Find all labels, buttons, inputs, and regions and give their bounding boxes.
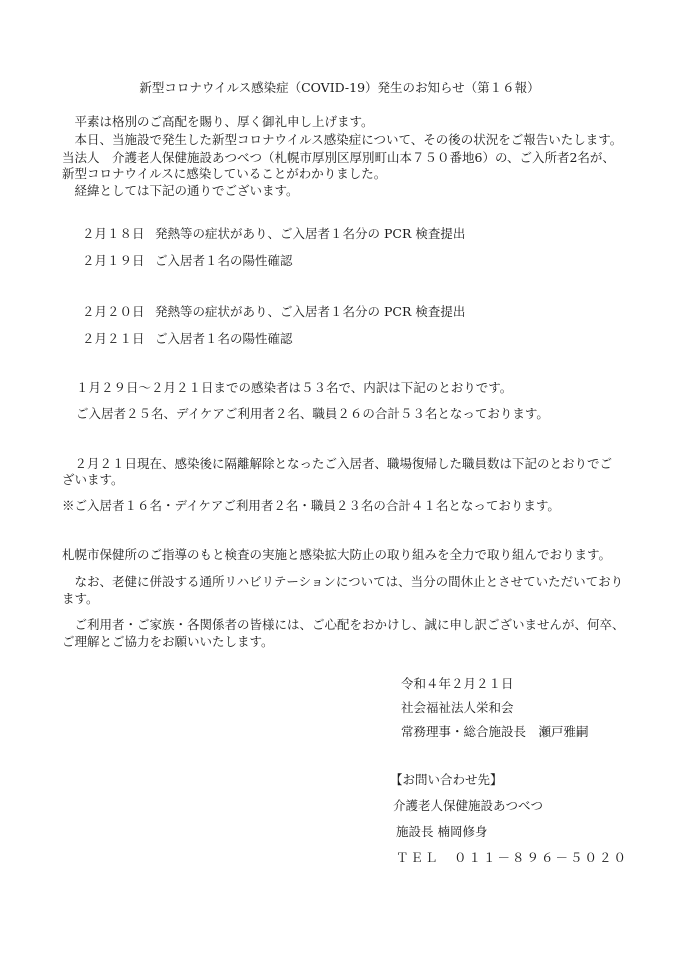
signature-signer: 常務理事・総合施設長 瀬戸雅嗣 (401, 724, 589, 740)
intro-line: 新型コロナウイルスに感染していることがわかりました。 (62, 166, 386, 182)
timeline-date: ２月１９日 (82, 253, 145, 269)
closing-line: ご利用者・ご家族・各関係者の皆様には、ご心配をおかけし、誠に申し訳ございませんが… (62, 617, 625, 633)
recovery-line: ざいます。 (62, 472, 124, 488)
timeline-event: ご入居者１名の陽性確認 (155, 253, 293, 269)
closing-line: 札幌市保健所のご指導のもと検査の実施と感染拡大防止の取り組みを全力で取り組んでお… (62, 547, 611, 563)
closing-line: ます。 (62, 591, 99, 607)
intro-line: 経緯としては下記の通りでございます。 (62, 183, 299, 199)
timeline-event: 発熱等の症状があり、ご入居者１名分の PCR 検査提出 (155, 304, 465, 320)
contact-director: 施設長 楠岡修身 (396, 824, 487, 840)
document-title: 新型コロナウイルス感染症（COVID-19）発生のお知らせ（第１６報） (0, 80, 679, 96)
timeline-date: ２月２０日 (82, 304, 145, 320)
closing-line: ご理解とご協力をお願いいたします。 (62, 634, 274, 650)
intro-line: 当法人 介護老人保健施設あつべつ（札幌市厚別区厚別町山本７５０番地6）の、ご入所… (62, 150, 615, 166)
contact-heading: 【お問い合わせ先】 (390, 772, 503, 788)
timeline-date: ２月１８日 (82, 226, 145, 242)
timeline-date: ２月２１日 (82, 331, 145, 347)
contact-facility: 介護老人保健施設あつべつ (393, 798, 543, 814)
summary-line: １月２９日～２月２１日までの感染者は５３名で、内訳は下記のとおりです。 (76, 380, 512, 396)
intro-line: 本日、当施設で発生した新型コロナウイルス感染症について、その後の状況をご報告いた… (62, 132, 622, 148)
intro-line: 平素は格別のご高配を賜り、厚く御礼申し上げます。 (62, 114, 374, 130)
recovery-line: ２月２１日現在、感染後に隔離解除となったご入居者、職場復帰した職員数は下記のとお… (62, 456, 612, 472)
recovery-note: ※ご入居者１６名・デイケアご利用者２名・職員２３名の合計４１名となっております。 (62, 498, 560, 514)
summary-line: ご入居者２５名、デイケアご利用者２名、職員２６の合計５３名となっております。 (76, 406, 549, 422)
timeline-event: ご入居者１名の陽性確認 (155, 331, 293, 347)
signature-date: 令和４年２月２１日 (401, 676, 514, 692)
contact-tel: ＴＥＬ ０１１－８９６－５０２０ (396, 850, 628, 866)
signature-organization: 社会福祉法人栄和会 (401, 700, 514, 716)
closing-line: なお、老健に併設する通所リハビリテーションについては、当分の間休止とさせていただ… (62, 574, 623, 590)
timeline-event: 発熱等の症状があり、ご入居者１名分の PCR 検査提出 (155, 226, 465, 242)
